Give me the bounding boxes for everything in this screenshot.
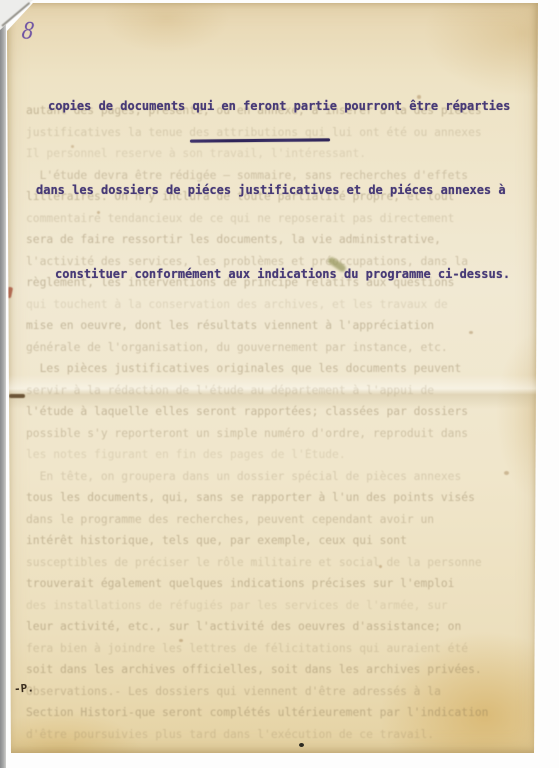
bleedthrough-line: fera bien à joindre les lettres de félic…: [26, 638, 524, 660]
bleedthrough-line: dans le programme des recherches, peuven…: [26, 509, 524, 531]
bleedthrough-line: servir à la rédaction de l'étude au dépa…: [26, 380, 524, 402]
bleedthrough-line: susceptibles de préciser le rôle militai…: [26, 552, 524, 574]
foxing-speck: [417, 95, 421, 99]
bleedthrough-line: leur activité, etc., sur l'activité des …: [26, 616, 524, 638]
typed-paragraph: copies de documents qui en feront partie…: [34, 36, 524, 344]
bleedthrough-line: d'être poursuivies plus tard dans l'exéc…: [26, 724, 524, 746]
bleedthrough-line: des installations de réfugiés par les se…: [26, 595, 524, 617]
document-page: autant des pages, présente, ou en annexe…: [7, 3, 538, 753]
scanned-document-view: autant des pages, présente, ou en annexe…: [0, 0, 559, 768]
typed-line: constituer conformément aux indications …: [34, 260, 524, 288]
bleedthrough-line: possible s'y reporteront un simple numér…: [26, 423, 524, 445]
margin-ink-mark: -P.: [14, 681, 35, 695]
bleedthrough-line: Les pièces justificatives originales que…: [26, 358, 524, 380]
typed-line: copies de documents qui en feront partie…: [34, 92, 524, 120]
bleedthrough-line: En tête, on groupera dans un dossier spé…: [26, 466, 524, 488]
foxing-speck: [469, 331, 473, 334]
bleedthrough-line: l'étude à laquelle elles seront rapporté…: [26, 401, 524, 423]
foxing-speck: [97, 211, 100, 214]
typed-line: dans les dossiers de piéces justificativ…: [34, 176, 524, 204]
bleedthrough-line: intérêt historique, tels que, par exempl…: [26, 530, 524, 552]
foxing-speck: [379, 565, 382, 568]
bleedthrough-line: soit dans les archives officielles, soit…: [26, 659, 524, 681]
bleedthrough-line: tous les documents, qui, sans se rapport…: [26, 487, 524, 509]
fold-crease-mark: [9, 394, 25, 398]
bleedthrough-line: trouverait également quelques indication…: [26, 573, 524, 595]
scanner-edge-strip: [0, 0, 6, 768]
bleedthrough-line: Observations.- Les dossiers qui viennent…: [26, 681, 524, 703]
bleedthrough-line: Section Histori-que seront complétés ult…: [26, 702, 524, 724]
ink-dot-stain: [299, 743, 304, 747]
foxing-speck: [71, 145, 74, 148]
foxing-speck: [504, 471, 509, 475]
bleedthrough-line: les notes figurant en fin des pages de l…: [26, 444, 524, 466]
red-ink-mark: [6, 287, 13, 299]
foxing-speck: [179, 639, 183, 642]
